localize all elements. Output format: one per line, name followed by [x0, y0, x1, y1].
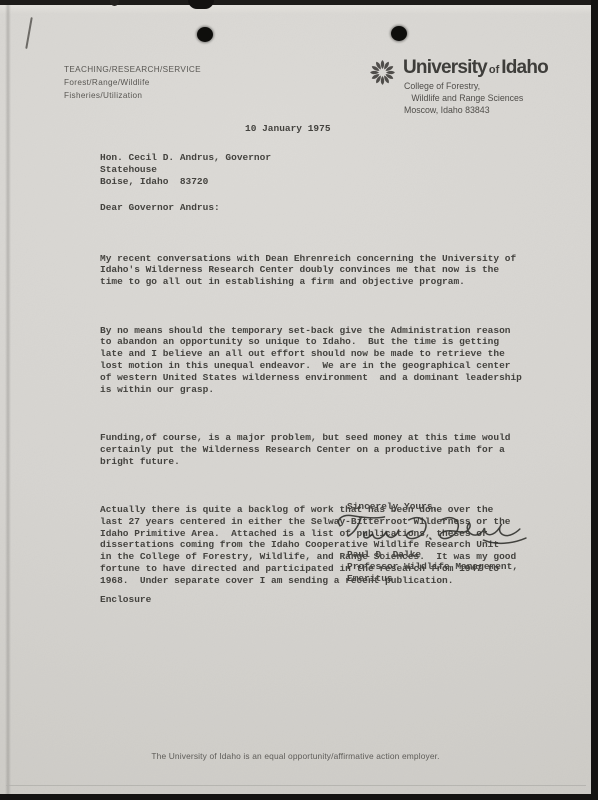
scan-top-light-band [0, 5, 591, 14]
recipient-address: Hon. Cecil D. Andrus, Governor Statehous… [100, 152, 271, 187]
letterhead-program-lines: TEACHING/RESEARCH/SERVICE Forest/Range/W… [64, 63, 201, 102]
wordmark-university: University [403, 57, 487, 79]
letterhead-college-address: College of Forestry, Wildlife and Range … [404, 80, 523, 116]
paper-crease [5, 0, 11, 794]
wordmark-of: of [489, 64, 499, 76]
letter-page: TEACHING/RESEARCH/SERVICE Forest/Range/W… [0, 0, 591, 794]
salutation: Dear Governor Andrus: [100, 202, 220, 214]
paragraph-3: Funding,of course, is a major problem, b… [100, 432, 522, 467]
footer-eeo-statement: The University of Idaho is an equal oppo… [0, 751, 591, 761]
punch-hole-right [391, 26, 407, 41]
scanned-letter: TEACHING/RESEARCH/SERVICE Forest/Range/W… [0, 0, 598, 800]
wordmark-idaho: Idaho [501, 57, 548, 79]
sunburst-icon [366, 56, 399, 89]
paragraph-2: By no means should the temporary set-bac… [100, 325, 522, 396]
university-wordmark: University of Idaho [403, 57, 548, 79]
punch-hole-left [197, 27, 213, 42]
handwritten-signature: Paul D. Dalke [334, 510, 536, 548]
signature-block: Paul D. Dalke Professor Wildlife Managem… [347, 549, 518, 584]
scan-top-edge [0, 0, 591, 5]
signature-script-drawing [334, 510, 536, 548]
pen-mark [25, 17, 32, 49]
paragraph-1: My recent conversations with Dean Ehrenr… [100, 253, 522, 288]
letter-date: 10 January 1975 [245, 123, 331, 135]
footer-rule [6, 785, 586, 786]
enclosure-note: Enclosure [100, 594, 151, 606]
